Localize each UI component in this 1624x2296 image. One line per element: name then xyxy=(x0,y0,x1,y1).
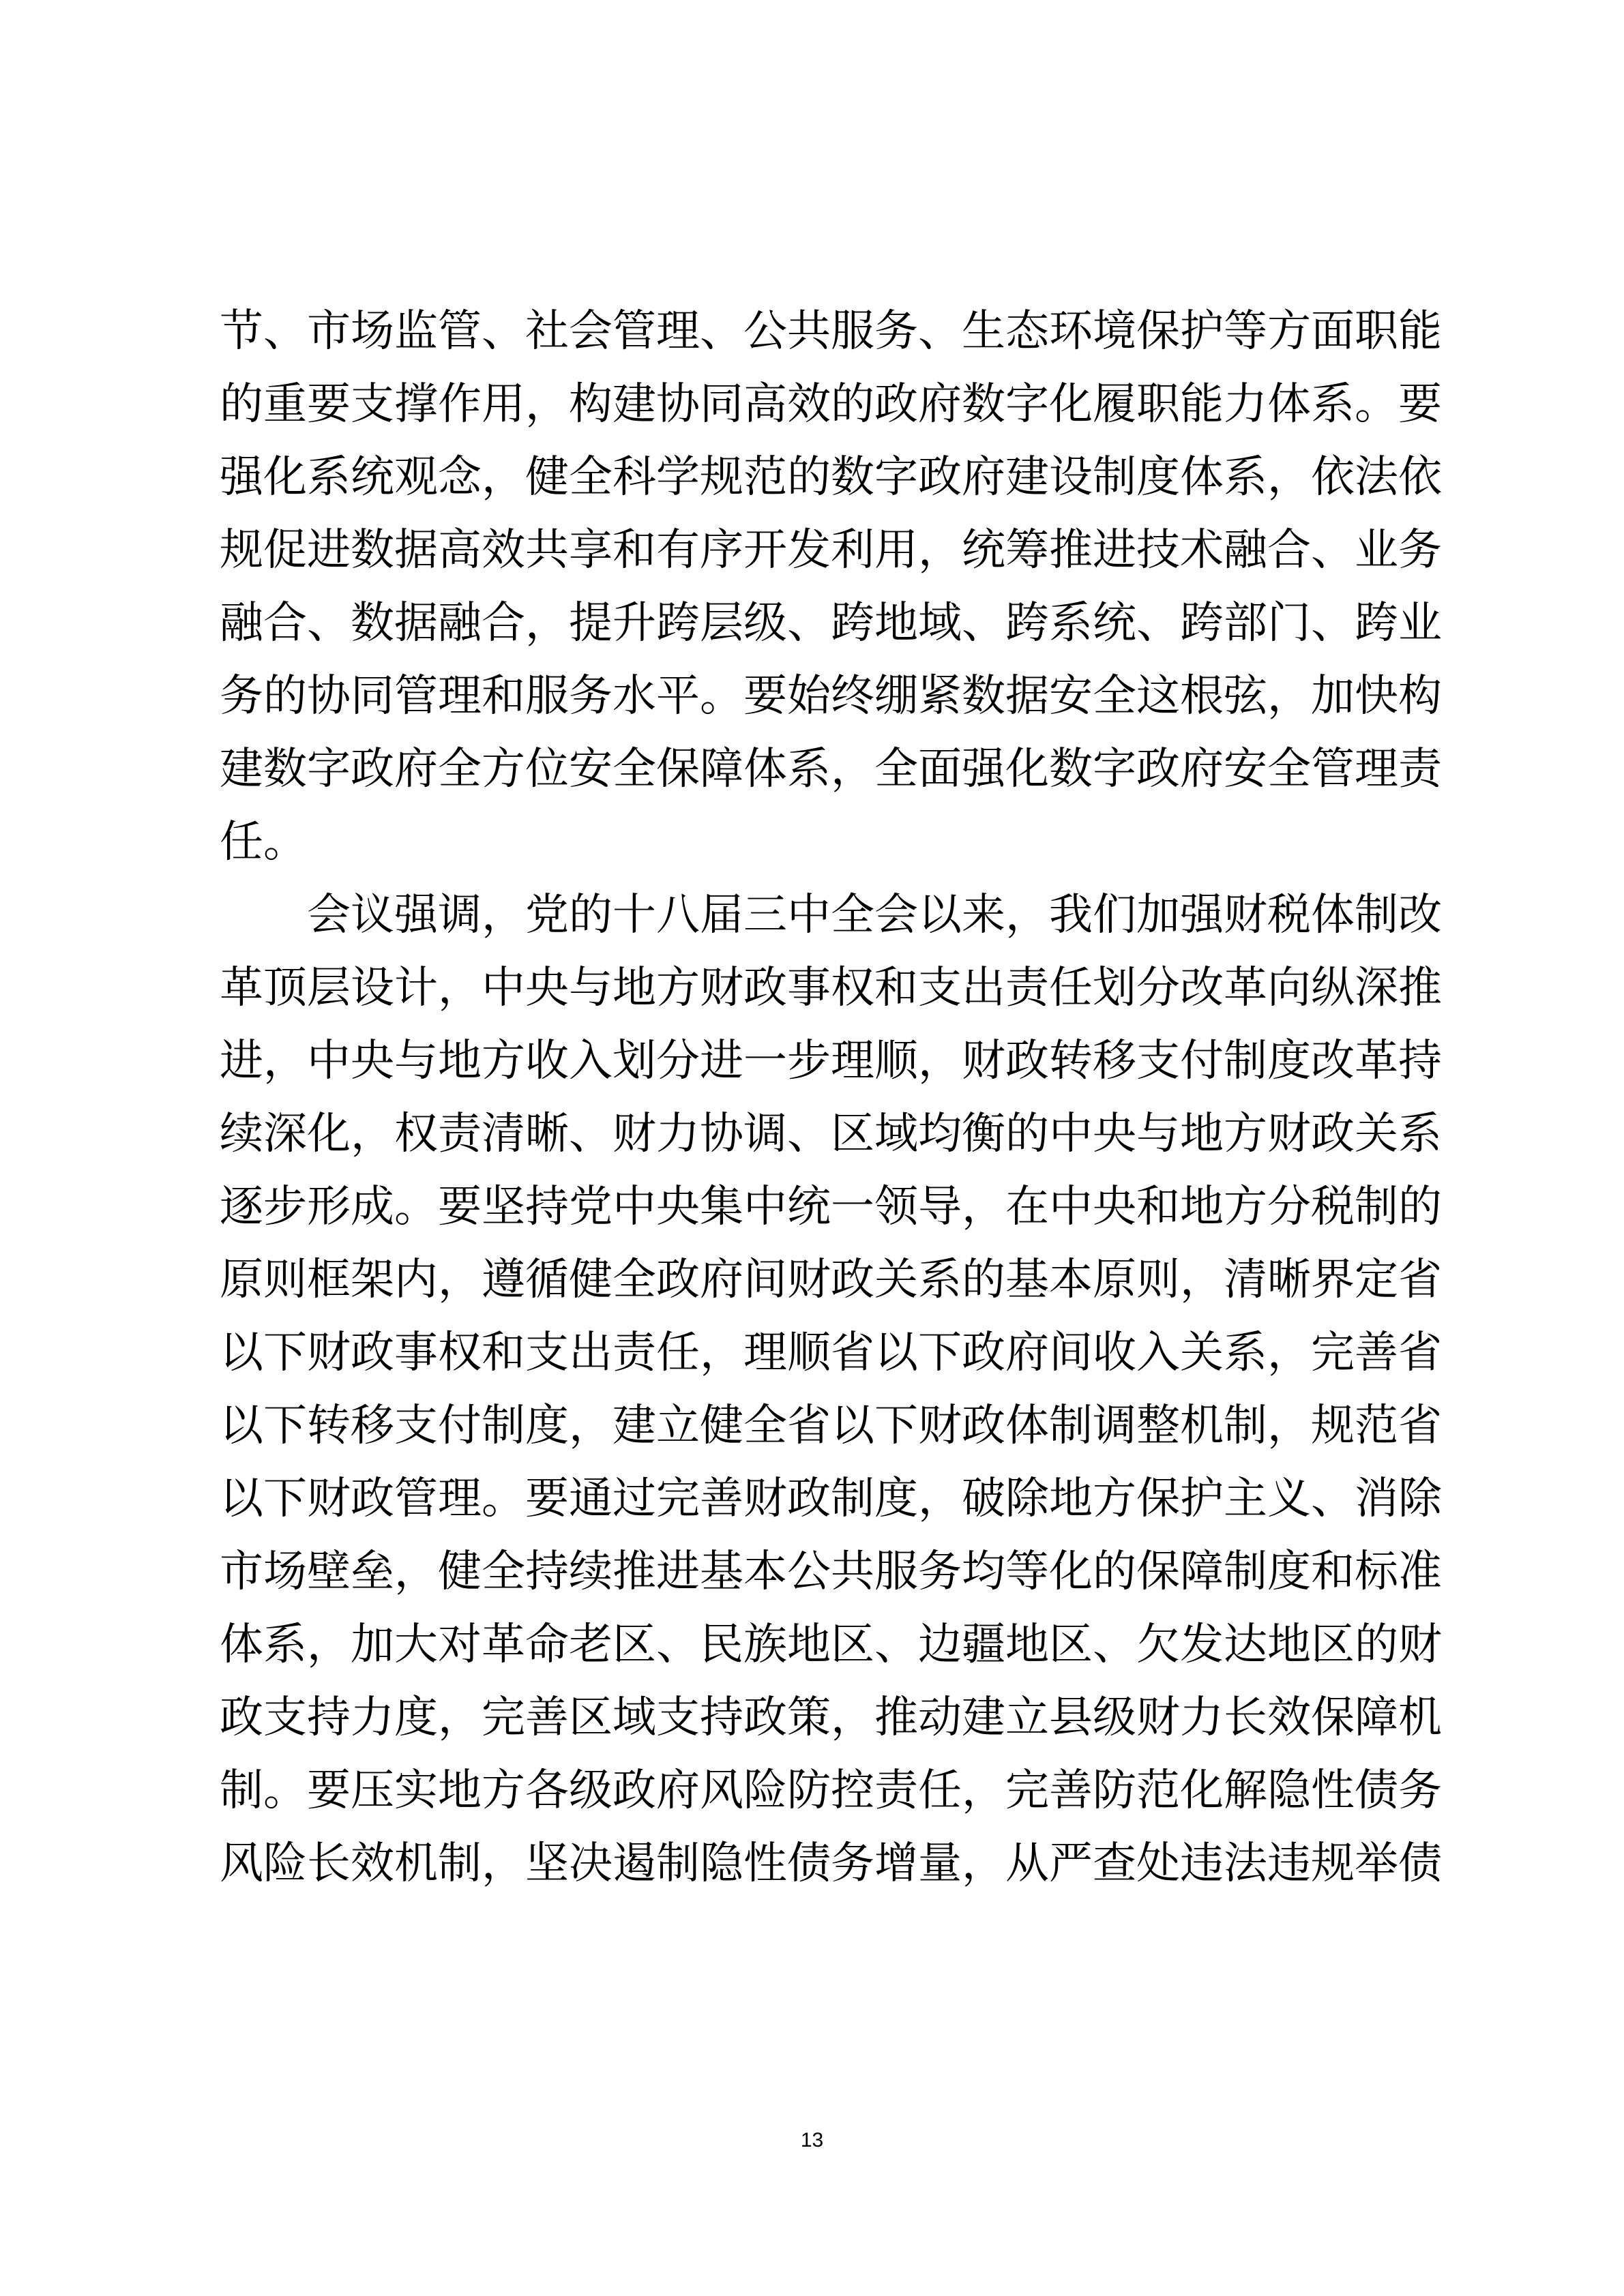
glyph: 强 xyxy=(394,884,438,957)
glyph: 生 xyxy=(962,300,1005,373)
glyph: 分 xyxy=(1136,957,1180,1030)
glyph: 革 xyxy=(1224,957,1267,1030)
glyph: 系 xyxy=(918,1249,962,1322)
glyph: 持 xyxy=(525,1540,569,1613)
glyph: 央 xyxy=(351,1030,394,1103)
glyph: 加 xyxy=(1311,665,1355,738)
glyph: 履 xyxy=(1093,373,1136,446)
glyph: 入 xyxy=(569,1030,612,1103)
glyph: 步 xyxy=(787,1030,831,1103)
glyph: 地 xyxy=(787,1613,831,1686)
glyph: ， xyxy=(918,1030,962,1103)
glyph: ， xyxy=(569,1395,612,1467)
glyph: 付 xyxy=(1180,1030,1224,1103)
glyph: 完 xyxy=(1005,1759,1049,1832)
glyph: 全 xyxy=(612,738,656,811)
glyph: 的 xyxy=(787,446,831,519)
glyph: 策 xyxy=(787,1686,831,1759)
glyph: 议 xyxy=(351,884,394,957)
glyph: 数 xyxy=(831,446,874,519)
glyph: 政 xyxy=(1005,1030,1049,1103)
glyph: ， xyxy=(307,1613,351,1686)
glyph: 、 xyxy=(787,1103,831,1176)
glyph: 效 xyxy=(351,1832,394,1905)
glyph: 务 xyxy=(1398,1759,1442,1832)
glyph: 通 xyxy=(569,1467,612,1540)
glyph: 制 xyxy=(1093,446,1136,519)
glyph: 协 xyxy=(700,1103,743,1176)
glyph: 在 xyxy=(1005,1176,1049,1249)
glyph: 合 xyxy=(1267,519,1311,592)
glyph: 度 xyxy=(874,1467,918,1540)
glyph: 方 xyxy=(656,957,700,1030)
glyph: 。 xyxy=(1355,373,1398,446)
glyph: 要 xyxy=(1398,373,1442,446)
glyph: 服 xyxy=(831,300,874,373)
glyph: 系 xyxy=(307,446,351,519)
glyph: 管 xyxy=(438,300,482,373)
text-line: 以下转移支付制度，建立健全省以下财政体制调整机制，规范省 xyxy=(220,1395,1421,1467)
glyph: 字 xyxy=(1005,373,1049,446)
glyph: 跨 xyxy=(831,592,874,665)
glyph: 举 xyxy=(1355,1832,1398,1905)
glyph: 关 xyxy=(1355,1103,1398,1176)
glyph: ， xyxy=(525,373,569,446)
glyph: 债 xyxy=(787,1832,831,1905)
glyph: ， xyxy=(482,1832,525,1905)
glyph: 机 xyxy=(1398,1686,1442,1759)
glyph: 任 xyxy=(1049,957,1093,1030)
glyph: 进 xyxy=(307,519,351,592)
glyph: 风 xyxy=(700,1759,743,1832)
text-line: 体系，加大对革命老区、民族地区、边疆地区、欠发达地区的财 xyxy=(220,1613,1421,1686)
glyph: 提 xyxy=(569,592,612,665)
glyph: 区 xyxy=(612,1613,656,1686)
glyph: 护 xyxy=(1180,300,1224,373)
glyph: 制 xyxy=(1355,1176,1398,1249)
glyph: 观 xyxy=(394,446,438,519)
glyph: 理 xyxy=(743,1322,787,1395)
glyph: 中 xyxy=(1049,1176,1093,1249)
glyph: 政 xyxy=(962,1395,1005,1467)
glyph: 安 xyxy=(1049,665,1093,738)
glyph: 财 xyxy=(743,1467,787,1540)
glyph: 方 xyxy=(482,1030,525,1103)
glyph: 改 xyxy=(1180,957,1224,1030)
glyph: 则 xyxy=(263,1249,307,1322)
glyph: 税 xyxy=(1311,1176,1355,1249)
glyph: 场 xyxy=(351,300,394,373)
glyph: 清 xyxy=(1224,1249,1267,1322)
glyph: 场 xyxy=(263,1540,307,1613)
glyph: 长 xyxy=(1224,1686,1267,1759)
glyph: 支 xyxy=(394,1395,438,1467)
glyph: 构 xyxy=(569,373,612,446)
glyph: ， xyxy=(1180,1249,1224,1322)
glyph: 面 xyxy=(1311,300,1355,373)
glyph: 遵 xyxy=(482,1249,525,1322)
glyph: 架 xyxy=(351,1249,394,1322)
glyph: 导 xyxy=(918,1176,962,1249)
glyph: 机 xyxy=(1180,1395,1224,1467)
glyph: 域 xyxy=(918,592,962,665)
glyph: 健 xyxy=(438,1540,482,1613)
glyph: 领 xyxy=(874,1176,918,1249)
glyph: 、 xyxy=(569,1103,612,1176)
glyph: 原 xyxy=(1093,1249,1136,1322)
glyph: 的 xyxy=(220,373,263,446)
glyph: 财 xyxy=(700,957,743,1030)
glyph: 改 xyxy=(1311,1030,1355,1103)
glyph: 划 xyxy=(1093,957,1136,1030)
glyph: ， xyxy=(962,1832,1005,1905)
glyph: 推 xyxy=(612,1540,656,1613)
glyph: 财 xyxy=(1267,1103,1311,1176)
glyph: 的 xyxy=(831,373,874,446)
glyph: 、 xyxy=(1136,592,1180,665)
glyph: 边 xyxy=(918,1613,962,1686)
glyph: 区 xyxy=(831,1103,874,1176)
glyph: 、 xyxy=(307,592,351,665)
glyph: 以 xyxy=(918,884,962,957)
glyph: 共 xyxy=(831,1540,874,1613)
glyph: 间 xyxy=(1049,1322,1093,1395)
glyph: 要 xyxy=(743,665,787,738)
glyph: 顶 xyxy=(263,957,307,1030)
glyph: 支 xyxy=(1136,1030,1180,1103)
glyph: 划 xyxy=(612,1030,656,1103)
glyph: 法 xyxy=(1355,446,1398,519)
glyph: 据 xyxy=(394,592,438,665)
glyph: 政 xyxy=(743,957,787,1030)
glyph: 制 xyxy=(1049,1395,1093,1467)
glyph: 责 xyxy=(874,1759,918,1832)
glyph: 系 xyxy=(1311,373,1355,446)
glyph: 强 xyxy=(962,738,1005,811)
glyph: 任 xyxy=(918,1759,962,1832)
glyph: 的 xyxy=(962,1249,1005,1322)
glyph: 府 xyxy=(1180,738,1224,811)
glyph: 衡 xyxy=(962,1103,1005,1176)
glyph: 。 xyxy=(394,1176,438,1249)
glyph: 全 xyxy=(612,1249,656,1322)
text-line: 政支持力度，完善区域支持政策，推动建立县级财力长效保障机 xyxy=(220,1686,1421,1759)
glyph: 。 xyxy=(700,665,743,738)
glyph: 入 xyxy=(1136,1322,1180,1395)
glyph: 范 xyxy=(1355,1395,1398,1467)
glyph: 安 xyxy=(1224,738,1267,811)
glyph: 推 xyxy=(1049,519,1093,592)
glyph: 事 xyxy=(394,1322,438,1395)
glyph: 统 xyxy=(1093,592,1136,665)
glyph: 善 xyxy=(525,1686,569,1759)
glyph: 出 xyxy=(569,1322,612,1395)
glyph: 管 xyxy=(1311,738,1355,811)
glyph: 性 xyxy=(1311,1759,1355,1832)
glyph: 违 xyxy=(1180,1832,1224,1905)
glyph: 查 xyxy=(1093,1832,1136,1905)
glyph: 全 xyxy=(1093,665,1136,738)
glyph: 升 xyxy=(612,592,656,665)
glyph: 形 xyxy=(307,1176,351,1249)
glyph: 体 xyxy=(220,1613,263,1686)
glyph: 事 xyxy=(787,957,831,1030)
glyph: 政 xyxy=(831,1249,874,1322)
glyph: 们 xyxy=(1093,884,1136,957)
glyph: 下 xyxy=(263,1467,307,1540)
text-line: 会议强调，党的十八届三中全会以来，我们加强财税体制改 xyxy=(220,884,1421,957)
glyph: 省 xyxy=(787,1395,831,1467)
glyph: 省 xyxy=(1398,1249,1442,1322)
glyph: 公 xyxy=(787,1540,831,1613)
glyph: 环 xyxy=(1049,300,1093,373)
glyph: 垒 xyxy=(351,1540,394,1613)
glyph: 中 xyxy=(307,1030,351,1103)
glyph: 动 xyxy=(918,1686,962,1759)
glyph: 范 xyxy=(743,446,787,519)
glyph: 据 xyxy=(1005,665,1049,738)
glyph: 的 xyxy=(1005,1103,1049,1176)
glyph: 全 xyxy=(1267,738,1311,811)
glyph: 达 xyxy=(1224,1613,1267,1686)
glyph: 压 xyxy=(351,1759,394,1832)
glyph: 高 xyxy=(743,373,787,446)
glyph: 方 xyxy=(1224,1103,1267,1176)
glyph: 健 xyxy=(569,1249,612,1322)
glyph: 等 xyxy=(1224,300,1267,373)
glyph: 这 xyxy=(1136,665,1180,738)
glyph: 设 xyxy=(351,957,394,1030)
glyph: 政 xyxy=(351,738,394,811)
glyph: 融 xyxy=(1224,519,1267,592)
glyph: ， xyxy=(918,519,962,592)
glyph: 开 xyxy=(743,519,787,592)
glyph: 政 xyxy=(1136,738,1180,811)
glyph: 清 xyxy=(482,1103,525,1176)
glyph: 府 xyxy=(700,1249,743,1322)
glyph: ， xyxy=(962,1759,1005,1832)
glyph: 顺 xyxy=(874,1030,918,1103)
glyph: 、 xyxy=(1093,1613,1136,1686)
paragraph-1: 节、市场监管、社会管理、公共服务、生态环境保护等方面职能 的重要支撑作用，构建协… xyxy=(220,300,1421,884)
glyph: 体 xyxy=(1267,373,1311,446)
text-line: 进，中央与地方收入划分进一步理顺，财政转移支付制度改革持 xyxy=(220,1030,1421,1103)
glyph: 量 xyxy=(918,1832,962,1905)
glyph: 中 xyxy=(1049,1103,1093,1176)
glyph: 全 xyxy=(743,1395,787,1467)
glyph: 持 xyxy=(1398,1030,1442,1103)
glyph: 保 xyxy=(656,738,700,811)
text-line: 市场壁垒，健全持续推进基本公共服务均等化的保障制度和标准 xyxy=(220,1540,1421,1613)
glyph: 职 xyxy=(1136,373,1180,446)
glyph: 合 xyxy=(263,592,307,665)
glyph: 财 xyxy=(307,1322,351,1395)
glyph: 理 xyxy=(438,1467,482,1540)
glyph: 统 xyxy=(351,446,394,519)
glyph: 命 xyxy=(525,1613,569,1686)
glyph: 境 xyxy=(1093,300,1136,373)
glyph: 财 xyxy=(1136,1686,1180,1759)
glyph: 区 xyxy=(569,1686,612,1759)
glyph: 晰 xyxy=(525,1103,569,1176)
glyph: 财 xyxy=(962,1030,1005,1103)
glyph: 全 xyxy=(831,884,874,957)
glyph: 整 xyxy=(1136,1395,1180,1467)
text-line: 融合、数据融合，提升跨层级、跨地域、跨系统、跨部门、跨业 xyxy=(220,592,1421,665)
glyph: 区 xyxy=(1311,1613,1355,1686)
glyph: 逐 xyxy=(220,1176,263,1249)
glyph: 根 xyxy=(1180,665,1224,738)
glyph: 能 xyxy=(1398,300,1442,373)
glyph: 成 xyxy=(351,1176,394,1249)
glyph: 进 xyxy=(1093,519,1136,592)
glyph: 纵 xyxy=(1311,957,1355,1030)
glyph: 务 xyxy=(220,665,263,738)
glyph: 内 xyxy=(394,1249,438,1322)
text-line: 强化系统观念，健全科学规范的数字政府建设制度体系，依法依 xyxy=(220,446,1421,519)
glyph: 循 xyxy=(525,1249,569,1322)
glyph: 、 xyxy=(700,300,743,373)
glyph: 全 xyxy=(438,738,482,811)
glyph: 安 xyxy=(569,738,612,811)
glyph: 化 xyxy=(1005,738,1049,811)
glyph: 管 xyxy=(394,665,438,738)
glyph: ， xyxy=(831,1686,874,1759)
text-line: 建数字政府全方位安全保障体系，全面强化数字政府安全管理责 xyxy=(220,738,1421,811)
document-page: 节、市场监管、社会管理、公共服务、生态环境保护等方面职能 的重要支撑作用，构建协… xyxy=(0,0,1624,2296)
glyph: 撑 xyxy=(394,373,438,446)
glyph: 的 xyxy=(1398,1176,1442,1249)
glyph: 化 xyxy=(1180,1759,1224,1832)
glyph: 、 xyxy=(962,592,1005,665)
glyph: 税 xyxy=(1267,884,1311,957)
glyph: 决 xyxy=(569,1832,612,1905)
glyph: 紧 xyxy=(918,665,962,738)
glyph: 、 xyxy=(656,1613,700,1686)
glyph: 推 xyxy=(1398,957,1442,1030)
glyph: 中 xyxy=(482,957,525,1030)
glyph: 一 xyxy=(831,1176,874,1249)
glyph: 持 xyxy=(307,1686,351,1759)
glyph: 持 xyxy=(700,1686,743,1759)
glyph: 步 xyxy=(263,1176,307,1249)
text-line: 规促进数据高效共享和有序开发利用，统筹推进技术融合、业务 xyxy=(220,519,1421,592)
glyph: 、 xyxy=(263,300,307,373)
glyph: 政 xyxy=(918,446,962,519)
glyph: 和 xyxy=(482,1322,525,1395)
glyph: 遏 xyxy=(612,1832,656,1905)
glyph: 制 xyxy=(656,1832,700,1905)
glyph: 始 xyxy=(787,665,831,738)
glyph: 强 xyxy=(220,446,263,519)
glyph: 关 xyxy=(1180,1322,1224,1395)
glyph: 。 xyxy=(482,1467,525,1540)
glyph: 政 xyxy=(656,1249,700,1322)
glyph: 支 xyxy=(351,373,394,446)
glyph: 系 xyxy=(787,738,831,811)
glyph: 作 xyxy=(438,373,482,446)
glyph: 进 xyxy=(220,1030,263,1103)
glyph: 破 xyxy=(962,1467,1005,1540)
glyph: 政 xyxy=(351,1322,394,1395)
glyph: 终 xyxy=(831,665,874,738)
glyph: 市 xyxy=(307,300,351,373)
glyph: 职 xyxy=(1355,300,1398,373)
glyph: 大 xyxy=(394,1613,438,1686)
glyph: 制 xyxy=(438,1832,482,1905)
glyph: ， xyxy=(351,1103,394,1176)
glyph: 效 xyxy=(482,519,525,592)
glyph: 义 xyxy=(1267,1467,1311,1540)
glyph: 法 xyxy=(1224,1832,1267,1905)
glyph: 的 xyxy=(569,884,612,957)
glyph: 度 xyxy=(1267,1540,1311,1613)
glyph: 财 xyxy=(1224,884,1267,957)
text-line: 的重要支撑作用，构建协同高效的政府数字化履职能力体系。要 xyxy=(220,373,1421,446)
glyph: 部 xyxy=(1224,592,1267,665)
glyph: 收 xyxy=(1093,1322,1136,1395)
glyph: 。 xyxy=(263,1759,307,1832)
glyph: 调 xyxy=(1093,1395,1136,1467)
glyph: 解 xyxy=(1224,1759,1267,1832)
glyph: 除 xyxy=(1005,1467,1049,1540)
glyph: 权 xyxy=(831,957,874,1030)
glyph: 移 xyxy=(1093,1030,1136,1103)
glyph: 全 xyxy=(482,1540,525,1613)
glyph: 系 xyxy=(1049,592,1093,665)
glyph: 府 xyxy=(918,373,962,446)
glyph: 八 xyxy=(656,884,700,957)
glyph: 隐 xyxy=(1267,1759,1311,1832)
glyph: 央 xyxy=(1093,1103,1136,1176)
glyph: 设 xyxy=(1049,446,1093,519)
glyph: 下 xyxy=(874,1395,918,1467)
glyph: 实 xyxy=(394,1759,438,1832)
glyph: 监 xyxy=(394,300,438,373)
glyph: 责 xyxy=(1398,738,1442,811)
glyph: 和 xyxy=(482,665,525,738)
glyph: 度 xyxy=(1267,1030,1311,1103)
glyph: 化 xyxy=(1049,373,1093,446)
glyph: 续 xyxy=(220,1103,263,1176)
glyph: 民 xyxy=(700,1613,743,1686)
glyph: 付 xyxy=(438,1395,482,1467)
glyph: ， xyxy=(263,1030,307,1103)
glyph: 的 xyxy=(1093,1540,1136,1613)
glyph: 转 xyxy=(1049,1030,1093,1103)
glyph: 理 xyxy=(1355,738,1398,811)
glyph: 跨 xyxy=(656,592,700,665)
glyph: 计 xyxy=(394,957,438,1030)
glyph: 隐 xyxy=(700,1832,743,1905)
glyph: 老 xyxy=(569,1613,612,1686)
glyph: 用 xyxy=(482,373,525,446)
glyph: 府 xyxy=(394,738,438,811)
glyph: 门 xyxy=(1267,592,1311,665)
glyph: 进 xyxy=(656,1540,700,1613)
glyph: 壁 xyxy=(307,1540,351,1613)
text-line: 任。 xyxy=(220,811,1421,884)
glyph: 护 xyxy=(1180,1467,1224,1540)
glyph: 享 xyxy=(569,519,612,592)
glyph: 一 xyxy=(743,1030,787,1103)
glyph: 十 xyxy=(612,884,656,957)
glyph: 要 xyxy=(307,1759,351,1832)
glyph: 力 xyxy=(1180,1686,1224,1759)
glyph: 市 xyxy=(220,1540,263,1613)
glyph: 健 xyxy=(525,446,569,519)
glyph: 长 xyxy=(307,1832,351,1905)
